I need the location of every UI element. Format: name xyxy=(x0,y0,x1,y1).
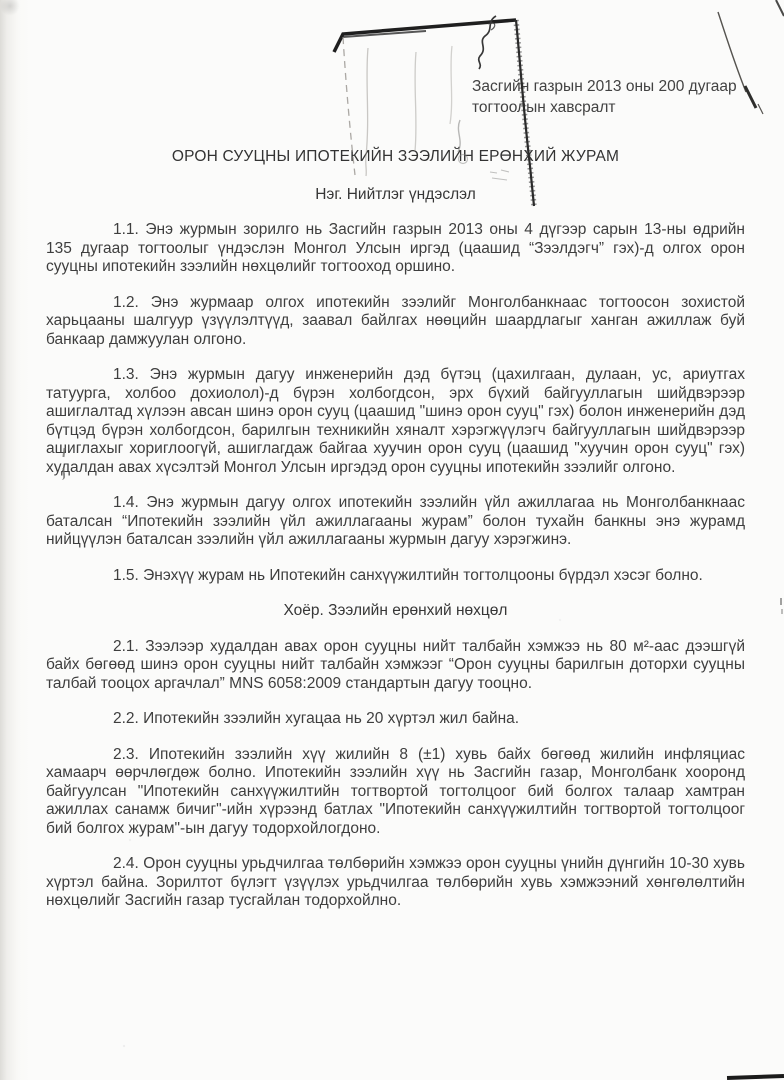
paragraph-1-2: 1.2. Энэ журмаар олгох ипотекийн зээлийг… xyxy=(46,294,745,350)
scanned-document-page: Засгийн газрын 2013 оны 200 дугаар тогто… xyxy=(0,0,784,1080)
section-heading-one: Нэг. Нийтлэг үндэслэл xyxy=(46,186,745,205)
paragraph-2-4: 2.4. Орон сууцны урьдчилгаа төлбөрийн хэ… xyxy=(46,855,745,911)
paragraph-2-3: 2.3. Ипотекийн зээлийн хүү жилийн 8 (±1)… xyxy=(46,746,745,839)
annex-note-line-1: Засгийн газрын 2013 оны 200 дугаар xyxy=(472,76,745,97)
paragraph-1-1: 1.1. Энэ журмын зорилго нь Засгийн газры… xyxy=(46,221,745,277)
section-heading-two: Хоёр. Зээлийн ерөнхий нөхцөл xyxy=(46,602,745,621)
paragraph-2-2: 2.2. Ипотекийн зээлийн хугацаа нь 20 хүр… xyxy=(46,710,745,729)
annex-note: Засгийн газрын 2013 оны 200 дугаар тогто… xyxy=(472,0,745,118)
document-title: ОРОН СУУЦНЫ ИПОТЕКИЙН ЗЭЭЛИЙН ЕРӨНХИЙ ЖУ… xyxy=(46,148,745,167)
paragraph-2-1: 2.1. Зээлээр худалдан авах орон сууцны н… xyxy=(46,638,745,694)
scan-edge-artifact-bottom xyxy=(727,1074,784,1080)
paragraph-1-4: 1.4. Энэ журмын дагуу олгох ипотекийн зэ… xyxy=(46,494,745,550)
document-body: Засгийн газрын 2013 оны 200 дугаар тогто… xyxy=(0,0,784,911)
paragraph-1-5: 1.5. Энэхүү журам нь Ипотекийн санхүүжил… xyxy=(46,567,745,586)
paragraph-1-3: 1.3. Энэ журмын дагуу инженерийн дэд бүт… xyxy=(46,366,745,477)
annex-note-line-2: тогтоолын хавсралт xyxy=(472,97,745,118)
